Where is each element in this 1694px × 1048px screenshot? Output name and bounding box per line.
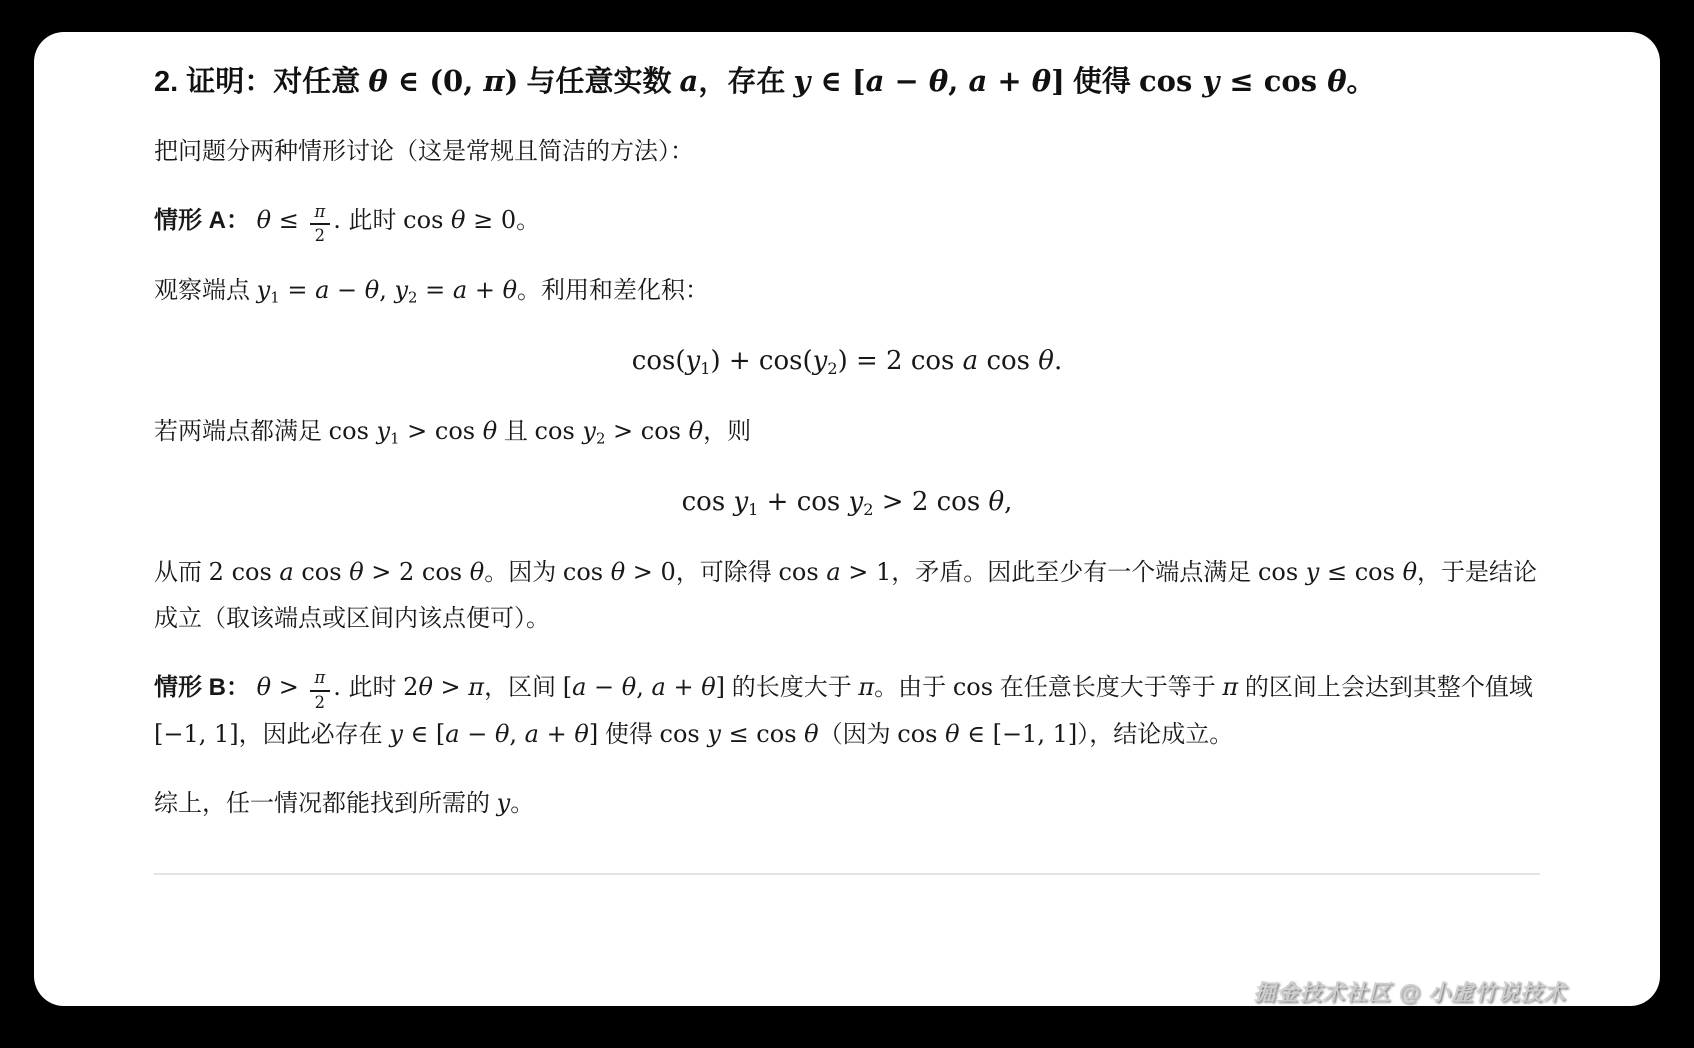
math-roman: > cos <box>605 417 688 445</box>
math-var: θ <box>804 720 818 748</box>
text-run: 。因为 <box>484 559 563 586</box>
math-roman: ] <box>716 673 725 701</box>
text-run: ），结论成立。 <box>1077 721 1233 748</box>
math-roman: + <box>467 276 502 304</box>
math-var: y <box>1202 64 1219 98</box>
math-subscripted-var: y2 <box>849 487 874 517</box>
sum-to-product-formula: cos(y1) + cos(y2) = 2 cos a cos θ. <box>154 336 1540 386</box>
math-roman: cos <box>660 720 708 748</box>
math-roman: > cos <box>400 417 483 445</box>
math-var: θ <box>988 487 1004 517</box>
math-roman: , <box>1004 487 1012 517</box>
math-roman: , <box>636 673 651 701</box>
math-var: a <box>968 64 987 98</box>
math-var: θ <box>1032 64 1051 98</box>
math-var: θ <box>495 720 509 748</box>
math-subscripted-var: y2 <box>582 418 605 445</box>
math-var: θ <box>701 673 715 701</box>
fraction-denominator: 2 <box>310 690 331 711</box>
math-var: a <box>453 276 467 304</box>
math-roman: > <box>433 673 468 701</box>
math-var: π <box>468 673 484 701</box>
math-subscript: 1 <box>748 499 758 518</box>
math-var: θ <box>451 206 465 234</box>
math-roman: − <box>884 64 929 98</box>
contradiction-paragraph: 从而 2 cos a cos θ > 2 cos θ。因为 cos θ > 0，… <box>154 549 1540 642</box>
conclusion-paragraph: 综上，任一情况都能找到所需的 y。 <box>154 780 1540 827</box>
text-run: ，因此必存在 <box>239 721 390 748</box>
math-roman: cos <box>294 558 349 586</box>
math-roman: cos <box>897 720 945 748</box>
fraction-numerator: π <box>310 204 331 223</box>
text-run: ，矛盾。因此至少有一个端点满足 <box>891 559 1258 586</box>
math-roman: cos <box>778 558 826 586</box>
text-run <box>250 674 257 701</box>
math-var: a <box>963 346 979 376</box>
math-roman: ∈ [ <box>810 64 865 98</box>
math-var: a <box>680 64 699 98</box>
math-roman: cos <box>535 417 583 445</box>
math-var: a <box>826 558 840 586</box>
math-roman: , <box>948 64 968 98</box>
math-var: π <box>483 64 504 98</box>
math-var: a <box>445 720 459 748</box>
text-run: 若两端点都满足 <box>154 418 329 445</box>
math-roman: + <box>987 64 1032 98</box>
both-endpoints-paragraph: 若两端点都满足 cos y1 > cos θ 且 cos y2 > cos θ，… <box>154 408 1540 455</box>
math-roman: cos <box>978 346 1038 376</box>
page-background: 2. 证明：对任意 θ ∈ (0, π) 与任意实数 a，存在 y ∈ [a −… <box>0 0 1694 1048</box>
math-roman: cos <box>403 206 451 234</box>
text-run: 使得 <box>598 721 659 748</box>
text-run: 。 <box>1347 66 1376 98</box>
math-roman: ≤ cos <box>721 720 804 748</box>
text-run: 。 <box>516 207 540 234</box>
math-var: θ <box>418 673 432 701</box>
math-var: a <box>572 673 586 701</box>
math-var: θ <box>611 558 625 586</box>
math-roman: ∈ (0, <box>388 64 484 98</box>
math-subscript: 2 <box>408 288 417 306</box>
text-run: 。 <box>510 790 534 817</box>
bold-label: 情形 A： <box>154 207 250 234</box>
math-roman: − <box>329 276 364 304</box>
math-var: θ <box>945 720 959 748</box>
bold-label: 情形 B： <box>154 674 250 701</box>
math-var: a <box>525 720 539 748</box>
math-var: θ <box>929 64 948 98</box>
math-var: θ <box>368 64 387 98</box>
math-subscripted-var: y1 <box>257 277 280 304</box>
section-divider <box>154 873 1540 875</box>
math-subscript: 2 <box>596 429 605 447</box>
math-roman: = <box>280 276 315 304</box>
math-roman: ] <box>1051 64 1065 98</box>
math-subscript: 1 <box>270 288 279 306</box>
math-var: π <box>858 673 874 701</box>
math-roman: ) <box>505 64 519 98</box>
math-var: a <box>279 558 293 586</box>
math-roman: − <box>460 720 495 748</box>
text-run <box>250 207 257 234</box>
math-subscripted-var: y2 <box>813 346 838 376</box>
math-fraction: π2 <box>310 670 331 711</box>
math-roman: . <box>333 673 348 701</box>
math-roman: cos <box>682 487 734 517</box>
math-roman: ) + cos( <box>710 346 812 376</box>
text-run: 2. 证明：对任意 <box>154 66 368 98</box>
math-var: θ <box>1038 346 1054 376</box>
math-var: θ <box>689 417 703 445</box>
math-roman: ≤ cos <box>1219 64 1327 98</box>
math-var: θ <box>483 417 497 445</box>
text-run: 与任意实数 <box>518 66 679 98</box>
fraction-numerator: π <box>310 670 331 689</box>
math-roman: 2 <box>403 673 418 701</box>
math-roman: + <box>666 673 701 701</box>
intro-paragraph: 把问题分两种情形讨论（这是常规且简洁的方法）： <box>154 129 1540 175</box>
math-roman: [−1, 1] <box>154 720 239 748</box>
math-roman: ∈ [−1, 1] <box>960 720 1078 748</box>
text-run: （因为 <box>819 721 898 748</box>
math-roman: cos <box>329 417 377 445</box>
math-roman: [ <box>563 673 572 701</box>
math-var: a <box>866 64 885 98</box>
math-var: y <box>849 487 864 517</box>
math-var: y <box>377 417 391 445</box>
math-roman: cos <box>563 558 611 586</box>
math-roman: > 0 <box>625 558 676 586</box>
math-subscript: 1 <box>390 429 399 447</box>
math-var: θ <box>1327 64 1346 98</box>
text-run: ，则 <box>703 418 751 445</box>
math-var: y <box>813 346 828 376</box>
math-roman: + cos <box>758 487 848 517</box>
text-run: 的区间上会达到其整个值域 <box>1238 674 1533 701</box>
math-roman: + <box>539 720 574 748</box>
inequality-formula: cos y1 + cos y2 > 2 cos θ, <box>154 477 1540 527</box>
math-var: y <box>389 720 403 748</box>
math-var: a <box>315 276 329 304</box>
math-subscript: 1 <box>700 358 710 377</box>
math-roman: cos <box>1139 64 1202 98</box>
text-run: ，存在 <box>698 66 793 98</box>
math-subscripted-var: y2 <box>394 277 417 304</box>
text-run: 在任意长度大于等于 <box>993 674 1222 701</box>
math-roman: 2 cos <box>209 558 280 586</box>
math-var: y <box>497 789 511 817</box>
math-var: y <box>1306 558 1320 586</box>
text-run: 此时 <box>349 207 404 234</box>
math-roman: > 2 cos <box>874 487 989 517</box>
math-roman: − <box>586 673 621 701</box>
text-run: 此时 <box>349 674 404 701</box>
math-roman: . <box>333 206 348 234</box>
math-roman: cos( <box>632 346 686 376</box>
watermark: 掘金技术社区 @ 小虚竹说技术 <box>1253 976 1566 1007</box>
math-var: θ <box>622 673 636 701</box>
math-var: y <box>582 417 596 445</box>
endpoints-paragraph: 观察端点 y1 = a − θ, y2 = a + θ。利用和差化积： <box>154 267 1540 314</box>
proof-document: 2. 证明：对任意 θ ∈ (0, π) 与任意实数 a，存在 y ∈ [a −… <box>34 32 1660 875</box>
math-roman: > 1 <box>841 558 892 586</box>
text-run: 综上，任一情况都能找到所需的 <box>154 790 497 817</box>
math-roman: ≥ 0 <box>465 206 516 234</box>
text-run: ，可除得 <box>676 559 779 586</box>
math-roman: ∈ [ <box>403 720 445 748</box>
math-roman: , <box>509 720 524 748</box>
math-roman: = <box>418 276 453 304</box>
text-run: 从而 <box>154 559 209 586</box>
math-var: θ <box>257 673 271 701</box>
math-roman: cos <box>1258 558 1306 586</box>
math-subscripted-var: y1 <box>377 418 400 445</box>
text-run: 。利用和差化积： <box>517 277 709 304</box>
case-b-paragraph: 情形 B： θ > π2. 此时 2θ > π，区间 [a − θ, a + θ… <box>154 664 1540 759</box>
math-var: θ <box>365 276 379 304</box>
math-var: θ <box>470 558 484 586</box>
math-var: θ <box>349 558 363 586</box>
math-subscripted-var: y1 <box>686 346 711 376</box>
math-var: θ <box>503 276 517 304</box>
math-var: π <box>1222 673 1238 701</box>
text-run: 。由于 <box>874 674 953 701</box>
math-roman: , <box>379 276 394 304</box>
text-run: ，区间 <box>484 674 563 701</box>
math-roman: ] <box>589 720 598 748</box>
fraction-denominator: 2 <box>310 223 331 244</box>
math-var: θ <box>1403 558 1417 586</box>
case-a-paragraph: 情形 A： θ ≤ π2. 此时 cos θ ≥ 0。 <box>154 197 1540 245</box>
math-roman: cos <box>953 673 993 701</box>
math-var: θ <box>574 720 588 748</box>
text-run: 的长度大于 <box>725 674 858 701</box>
math-fraction: π2 <box>310 204 331 245</box>
math-subscript: 2 <box>827 358 837 377</box>
math-roman: . <box>1054 346 1062 376</box>
math-roman: > <box>271 673 306 701</box>
math-var: y <box>733 487 748 517</box>
math-var: a <box>652 673 666 701</box>
math-var: y <box>793 64 810 98</box>
text-run: 把问题分两种情形讨论（这是常规且简洁的方法）： <box>154 138 694 165</box>
proof-heading: 2. 证明：对任意 θ ∈ (0, π) 与任意实数 a，存在 y ∈ [a −… <box>154 58 1540 105</box>
math-roman: > 2 cos <box>364 558 470 586</box>
content-card: 2. 证明：对任意 θ ∈ (0, π) 与任意实数 a，存在 y ∈ [a −… <box>34 32 1660 1006</box>
math-roman: ≤ <box>271 206 306 234</box>
math-var: y <box>686 346 701 376</box>
text-run: 且 <box>497 418 534 445</box>
math-roman: ≤ cos <box>1319 558 1402 586</box>
text-run: 使得 <box>1065 66 1139 98</box>
math-subscripted-var: y1 <box>733 487 758 517</box>
text-run: 观察端点 <box>154 277 257 304</box>
math-var: y <box>257 276 271 304</box>
math-var: θ <box>257 206 271 234</box>
math-var: y <box>394 276 408 304</box>
math-var: y <box>707 720 721 748</box>
math-roman: ) = 2 cos <box>838 346 963 376</box>
math-subscript: 2 <box>863 499 873 518</box>
